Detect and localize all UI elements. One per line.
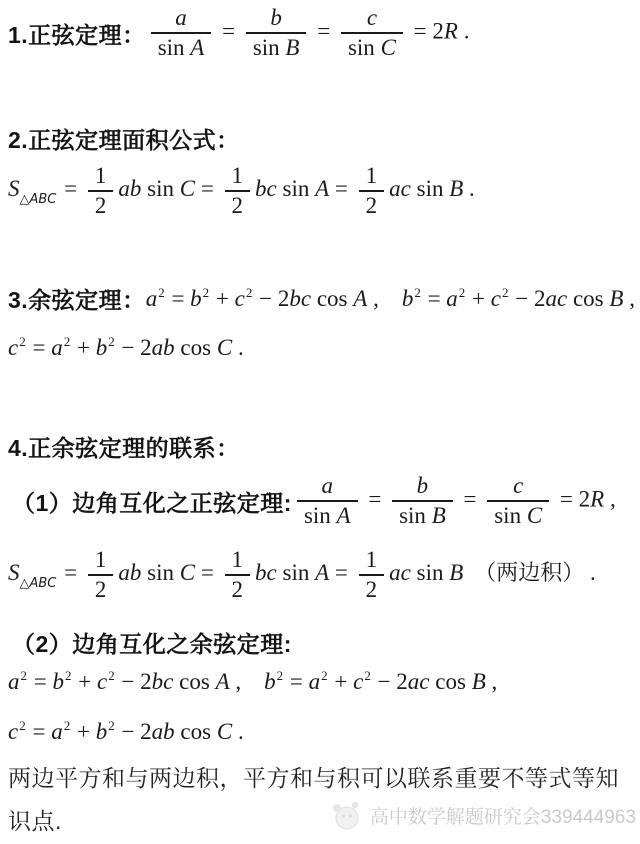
section-3-formula-c-row: c2 = a2 + b2 − 2ab cos C . (8, 334, 244, 361)
section-4-cosine-ab-row: a2 = b2 + c2 − 2bc cos A , b2 = a2 + c2 … (8, 668, 497, 695)
section-4-sub1-row: （1）边角互化之正弦定理: asin A = bsin B = csin C =… (12, 474, 616, 528)
cosine-rule-formula-c: c2 = a2 + b2 − 2ab cos C . (8, 335, 244, 360)
area-formula: S△ABC = 12ab sin C = 12bc sin A = 12ac s… (8, 176, 475, 201)
section-4-sub1-label: （1）边角互化之正弦定理: (12, 485, 292, 518)
sine-rule-formula: asin A = bsin B = csin C = 2R . (146, 6, 470, 60)
section-4-sub2-label: （2）边角互化之余弦定理: (12, 631, 292, 657)
section-4-cosine-c-row: c2 = a2 + b2 − 2ab cos C . (8, 718, 244, 745)
section-2-formula-row: S△ABC = 12ab sin C = 12bc sin A = 12ac s… (8, 164, 475, 218)
watermark-logo-icon (330, 799, 364, 831)
section-4-heading-row: 4.正余弦定理的联系： (8, 430, 240, 463)
section-2-heading: 2.正弦定理面积公式： (8, 127, 240, 153)
sine-rule-formula-2: asin A = bsin B = csin C = 2R , (292, 474, 616, 528)
cosine-rule-formula-ab-2: a2 = b2 + c2 − 2bc cos A , b2 = a2 + c2 … (8, 669, 497, 694)
watermark: 高中数学解题研究会339444963 (330, 799, 636, 831)
section-4-area-formula-row: S△ABC = 12ab sin C = 12bc sin A = 12ac s… (8, 548, 596, 602)
watermark-text: 高中数学解题研究会339444963 (370, 802, 636, 829)
section-3-heading: 3.余弦定理： (8, 282, 146, 315)
section-4-heading: 4.正余弦定理的联系： (8, 435, 240, 461)
section-1-sine-rule-row: 1.正弦定理： asin A = bsin B = csin C = 2R . (8, 6, 469, 60)
area-formula-2: S△ABC = 12ab sin C = 12bc sin A = 12ac s… (8, 560, 596, 585)
section-3-cosine-rule-row: 3.余弦定理： a2 = b2 + c2 − 2bc cos A , b2 = … (8, 282, 635, 315)
section-4-sub2-row: （2）边角互化之余弦定理: (12, 626, 292, 659)
cosine-rule-formula-ab: a2 = b2 + c2 − 2bc cos A , b2 = a2 + c2 … (146, 285, 635, 312)
section-1-heading: 1.正弦定理： (8, 17, 146, 50)
cosine-rule-formula-c-2: c2 = a2 + b2 − 2ab cos C . (8, 719, 244, 744)
section-2-heading-row: 2.正弦定理面积公式： (8, 122, 240, 155)
